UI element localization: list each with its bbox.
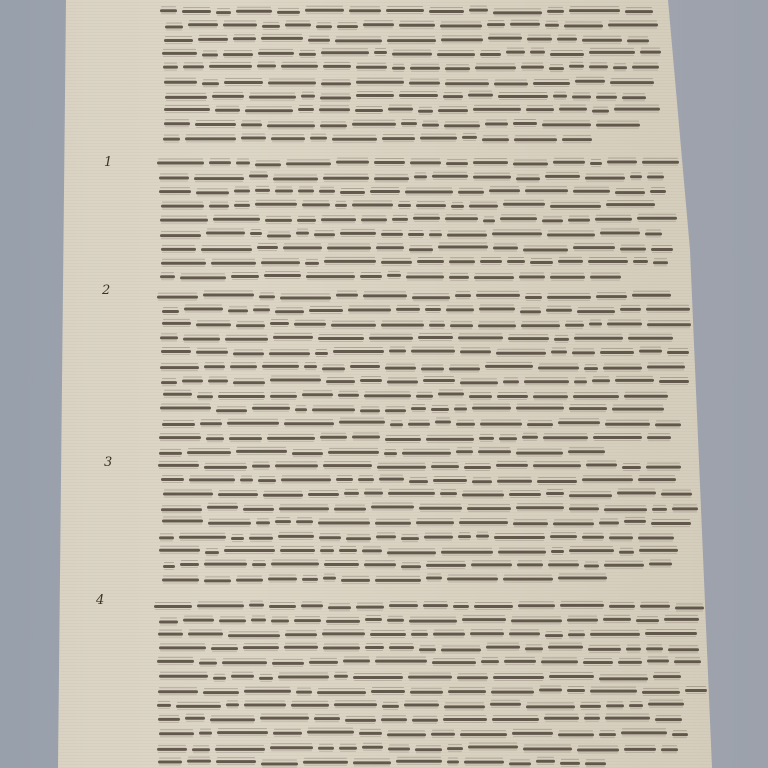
ink-word — [339, 421, 385, 424]
ink-word — [514, 139, 556, 142]
ink-word — [360, 409, 380, 412]
ink-word — [365, 618, 383, 621]
ink-word — [180, 276, 226, 279]
ink-word — [672, 508, 697, 511]
ink-word — [536, 759, 555, 762]
ink-word — [396, 308, 420, 311]
ink-word — [157, 747, 186, 750]
ink-word — [159, 176, 188, 179]
handwritten-line — [162, 516, 698, 530]
ink-word — [387, 380, 418, 383]
handwritten-line — [158, 755, 616, 768]
ink-word — [595, 218, 632, 221]
ink-word — [377, 465, 426, 468]
ink-word — [483, 220, 495, 223]
ink-word — [480, 260, 502, 263]
ink-word — [396, 759, 441, 762]
ink-word — [557, 38, 578, 41]
ink-word — [336, 478, 352, 481]
ink-word — [159, 452, 182, 455]
ink-word — [647, 175, 664, 178]
ink-word — [352, 435, 381, 438]
ink-word — [596, 124, 640, 127]
ink-word — [458, 336, 504, 339]
ink-word — [473, 175, 510, 178]
ink-word — [200, 423, 222, 426]
ink-word — [426, 437, 474, 440]
ink-word — [541, 661, 578, 664]
ink-word — [362, 549, 382, 552]
ink-word — [443, 718, 487, 721]
ink-word — [217, 731, 269, 734]
ink-word — [319, 108, 350, 111]
margin-number-3: 3 — [104, 455, 112, 470]
ink-word — [160, 336, 178, 339]
handwritten-line — [162, 573, 617, 587]
ink-word — [645, 232, 662, 235]
margin-number-4: 4 — [96, 593, 104, 608]
ink-word — [639, 549, 678, 552]
ink-word — [573, 395, 619, 398]
ink-word — [410, 161, 441, 164]
ink-word — [593, 435, 643, 438]
ink-word — [432, 661, 476, 664]
ink-word — [524, 380, 569, 383]
ink-word — [642, 691, 681, 694]
ink-word — [195, 123, 236, 126]
ink-word — [387, 39, 436, 42]
ink-word — [233, 37, 256, 40]
ink-word — [387, 734, 426, 737]
handwritten-line — [163, 388, 682, 402]
ink-word — [507, 260, 525, 263]
handwritten-line — [164, 32, 659, 46]
ink-word — [415, 748, 442, 751]
ink-word — [580, 705, 601, 708]
ink-word — [647, 436, 671, 439]
ink-word — [449, 367, 480, 370]
ink-word — [508, 337, 548, 340]
ink-word — [426, 564, 466, 567]
ink-word — [513, 162, 548, 165]
handwritten-line — [160, 4, 658, 18]
ink-word — [335, 39, 381, 42]
ink-word — [399, 94, 438, 97]
ink-word — [323, 464, 371, 467]
ink-word — [469, 395, 491, 398]
ink-word — [621, 732, 667, 735]
handwritten-line — [160, 270, 620, 284]
ink-word — [322, 632, 365, 635]
ink-word — [385, 366, 416, 369]
ink-word — [388, 747, 410, 750]
ink-word — [569, 494, 613, 497]
ink-word — [252, 464, 269, 467]
ink-word — [545, 634, 563, 637]
ink-word — [196, 351, 228, 354]
ink-word — [272, 662, 304, 665]
ink-word — [163, 565, 175, 568]
ink-word — [374, 51, 387, 54]
ink-word — [252, 563, 265, 566]
ink-word — [652, 508, 667, 511]
ink-word — [318, 746, 334, 749]
ink-word — [572, 95, 591, 98]
handwritten-line — [164, 75, 654, 89]
ink-word — [159, 536, 174, 539]
ink-word — [549, 674, 594, 677]
ink-word — [545, 175, 581, 178]
ink-word — [261, 261, 300, 264]
ink-word — [459, 521, 508, 524]
ink-word — [628, 337, 673, 340]
handwritten-line — [162, 317, 691, 331]
ink-word — [569, 65, 584, 68]
ink-word — [522, 435, 538, 438]
ink-word — [381, 718, 407, 721]
handwritten-line — [157, 741, 699, 755]
ink-word — [472, 480, 492, 483]
ink-word — [481, 660, 499, 663]
ink-word — [568, 219, 590, 222]
ink-word — [201, 248, 252, 251]
ink-word — [160, 366, 199, 369]
ink-word — [318, 522, 369, 525]
ink-word — [302, 578, 319, 581]
ink-word — [340, 191, 364, 194]
ink-word — [519, 276, 545, 279]
ink-word — [387, 551, 436, 554]
ink-word — [382, 705, 399, 708]
ink-word — [667, 351, 689, 354]
ink-word — [547, 9, 564, 12]
ink-word — [176, 705, 221, 708]
ink-word — [369, 337, 413, 340]
ink-word — [551, 351, 567, 354]
ink-word — [533, 81, 570, 84]
ink-word — [592, 379, 610, 382]
ink-word — [596, 95, 617, 98]
ink-word — [159, 190, 191, 193]
ink-word — [478, 450, 510, 453]
ink-word — [500, 218, 537, 221]
ink-word — [550, 535, 577, 538]
ink-word — [503, 578, 552, 581]
ink-word — [255, 203, 297, 206]
ink-word — [163, 66, 178, 69]
handwritten-line — [154, 599, 705, 613]
ink-word — [323, 577, 336, 580]
ink-word — [252, 407, 290, 410]
ink-word — [497, 395, 528, 398]
ink-word — [458, 535, 470, 538]
ink-word — [208, 522, 252, 525]
ink-word — [183, 618, 215, 621]
ink-word — [187, 451, 231, 454]
ink-word — [431, 733, 455, 736]
ink-word — [223, 53, 253, 56]
ink-word — [299, 53, 316, 56]
ink-word — [249, 95, 296, 98]
ink-word — [323, 65, 351, 68]
ink-word — [392, 218, 408, 221]
ink-word — [441, 550, 493, 553]
ink-word — [165, 96, 207, 99]
ink-word — [312, 408, 355, 411]
ink-word — [179, 535, 226, 538]
ink-word — [281, 65, 318, 68]
ink-word — [464, 465, 491, 468]
ink-word — [625, 10, 654, 13]
ink-word — [381, 232, 403, 235]
ink-word — [460, 381, 498, 384]
ink-word — [182, 10, 212, 13]
ink-word — [424, 535, 453, 538]
ink-word — [224, 80, 262, 83]
ink-word — [431, 465, 459, 468]
ink-word — [599, 677, 648, 680]
ink-word — [456, 450, 474, 453]
ink-word — [468, 745, 517, 748]
ink-word — [341, 579, 370, 582]
ink-word — [216, 760, 256, 763]
ink-word — [202, 54, 218, 57]
ink-word — [323, 176, 369, 179]
ink-word — [560, 762, 580, 765]
ink-word — [301, 94, 315, 97]
ink-word — [615, 379, 655, 382]
handwritten-line — [161, 502, 697, 516]
ink-word — [605, 423, 649, 426]
ink-word — [636, 619, 659, 622]
ink-word — [615, 191, 645, 194]
handwritten-line — [160, 403, 686, 417]
ink-word — [339, 746, 358, 749]
ink-word — [612, 408, 663, 411]
ink-word — [422, 124, 439, 127]
ink-word — [469, 205, 498, 208]
ink-word — [159, 732, 194, 735]
ink-word — [550, 53, 583, 56]
ink-word — [210, 718, 255, 721]
ink-word — [262, 25, 280, 28]
ink-word — [158, 760, 182, 763]
ink-word — [345, 719, 376, 722]
ink-word — [204, 579, 230, 582]
ink-word — [423, 604, 448, 607]
ink-word — [324, 260, 376, 263]
handwritten-line — [159, 613, 703, 627]
ink-word — [413, 217, 440, 220]
ink-word — [504, 660, 536, 663]
ink-word — [321, 82, 351, 85]
ink-word — [568, 633, 585, 636]
ink-word — [196, 191, 229, 194]
ink-word — [453, 604, 470, 607]
ink-word — [157, 161, 205, 164]
ink-word — [479, 436, 494, 439]
ink-word — [159, 436, 201, 439]
ink-word — [474, 276, 515, 279]
ink-word — [479, 307, 515, 310]
ink-word — [161, 350, 191, 353]
ink-word — [353, 675, 403, 678]
handwritten-line — [161, 374, 689, 388]
ink-word — [647, 660, 668, 663]
ink-word — [633, 260, 648, 263]
ink-word — [364, 492, 383, 495]
ink-word — [438, 109, 468, 112]
ink-word — [526, 108, 554, 111]
handwritten-line — [164, 118, 662, 132]
ink-word — [577, 310, 615, 313]
ink-word — [280, 296, 331, 299]
ink-word — [509, 493, 541, 496]
margin-number-1: 1 — [104, 155, 112, 170]
handwritten-line — [157, 656, 701, 670]
ink-word — [263, 494, 303, 497]
ink-word — [433, 479, 466, 482]
ink-word — [370, 633, 406, 636]
ink-word — [518, 604, 555, 607]
ink-word — [305, 8, 343, 11]
ink-word — [224, 549, 275, 552]
ink-word — [275, 310, 304, 313]
ink-word — [646, 465, 682, 468]
ink-word — [194, 177, 244, 180]
ink-word — [257, 246, 278, 249]
ink-word — [162, 52, 197, 55]
ink-word — [488, 36, 522, 39]
ink-word — [218, 395, 265, 398]
ink-word — [352, 123, 396, 126]
ink-word — [359, 732, 382, 735]
ink-word — [360, 275, 382, 278]
ink-word — [497, 479, 533, 482]
ink-word — [575, 79, 605, 82]
ink-word — [509, 762, 531, 765]
ink-word — [577, 748, 619, 751]
ink-word — [398, 204, 411, 207]
ink-word — [608, 23, 658, 26]
ink-word — [437, 53, 475, 56]
ink-word — [305, 262, 319, 265]
ink-word — [627, 39, 650, 42]
ink-word — [485, 123, 508, 126]
ink-word — [162, 322, 191, 325]
ink-word — [589, 66, 608, 69]
ink-word — [321, 219, 356, 222]
ink-word — [550, 276, 585, 279]
ink-word — [273, 732, 301, 735]
ink-word — [569, 508, 599, 511]
ink-word — [607, 160, 637, 163]
ink-word — [273, 177, 319, 180]
ink-word — [550, 205, 601, 208]
ink-word — [584, 717, 600, 720]
ink-word — [375, 522, 412, 525]
ink-word — [458, 191, 484, 194]
ink-word — [264, 274, 301, 277]
ink-word — [376, 535, 396, 538]
ink-word — [520, 310, 541, 313]
ink-word — [609, 604, 635, 607]
ink-word — [584, 564, 599, 567]
ink-word — [410, 67, 440, 70]
ink-word — [271, 562, 319, 565]
ink-word — [389, 604, 417, 607]
ink-word — [489, 189, 520, 192]
ink-word — [516, 177, 540, 180]
ink-word — [319, 190, 335, 193]
ink-word — [323, 647, 361, 650]
ink-word — [356, 94, 394, 97]
ink-word — [159, 646, 206, 649]
ink-word — [261, 37, 303, 40]
ink-word — [308, 493, 339, 496]
ink-word — [280, 549, 315, 552]
ink-word — [493, 676, 543, 679]
ink-word — [255, 189, 270, 192]
ink-word — [629, 704, 642, 707]
ink-word — [429, 9, 463, 12]
ink-word — [268, 81, 316, 84]
ink-word — [548, 646, 583, 649]
ink-word — [425, 308, 442, 311]
ink-word — [381, 323, 425, 326]
ink-word — [360, 379, 382, 382]
ink-word — [624, 520, 646, 523]
ink-word — [262, 364, 299, 367]
ink-word — [651, 248, 673, 251]
ink-word — [379, 477, 404, 480]
handwritten-line — [160, 332, 690, 346]
ink-word — [361, 219, 387, 222]
ink-word — [537, 480, 577, 483]
ink-word — [386, 8, 425, 11]
ink-word — [646, 647, 663, 650]
ink-word — [606, 704, 624, 707]
ink-word — [516, 506, 564, 509]
ink-word — [316, 25, 331, 28]
ink-word — [553, 160, 585, 163]
ink-word — [411, 633, 428, 636]
ink-word — [315, 352, 328, 355]
handwritten-line — [165, 18, 662, 32]
ink-word — [416, 522, 454, 525]
ink-word — [661, 492, 692, 495]
ink-word — [456, 423, 475, 426]
ink-word — [640, 604, 670, 607]
ink-word — [253, 308, 270, 311]
ink-word — [410, 690, 443, 693]
ink-word — [157, 704, 171, 707]
ink-word — [158, 718, 180, 721]
ink-word — [512, 732, 553, 735]
ink-word — [284, 423, 334, 426]
ink-word — [160, 407, 212, 410]
ink-word — [363, 294, 406, 297]
ink-word — [339, 549, 357, 552]
ink-word — [388, 107, 413, 110]
ink-word — [513, 122, 538, 125]
ink-word — [523, 248, 568, 251]
ink-word — [204, 465, 247, 468]
ink-word — [558, 422, 600, 425]
ink-word — [559, 107, 587, 110]
ink-word — [646, 307, 690, 310]
ink-word — [286, 162, 331, 165]
